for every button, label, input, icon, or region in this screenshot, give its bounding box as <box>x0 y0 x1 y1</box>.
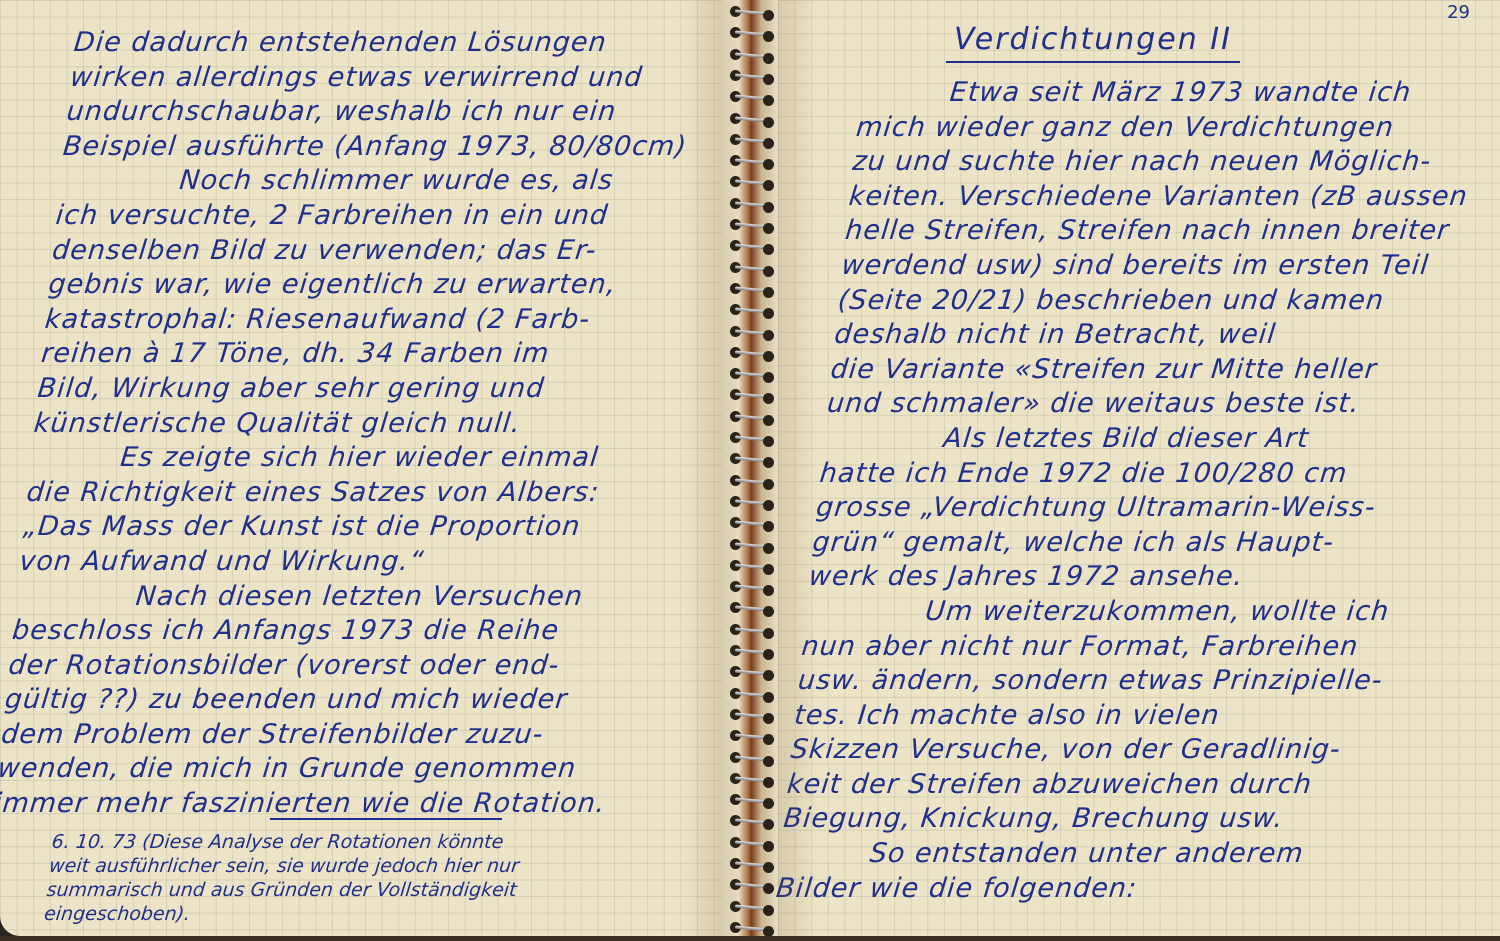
spiral-ring-icon <box>730 645 774 657</box>
text-line: und schmaler» die weitaus beste ist. <box>825 387 1447 422</box>
spiral-ring-icon <box>730 602 774 614</box>
spiral-ring-icon <box>730 794 774 806</box>
text-line: hatte ich Ende 1972 die 100/280 cm <box>818 457 1440 492</box>
spiral-ring-icon <box>730 624 774 636</box>
paragraph-start-line: Etwa seit März 1973 wandte ich <box>858 76 1480 111</box>
spiral-ring-icon <box>730 858 774 870</box>
text-line: katastrophal: Riesenaufwand (2 Farb- <box>43 303 670 338</box>
spiral-ring-icon <box>730 347 774 359</box>
text-line: Biegung, Knickung, Brechung usw. <box>782 802 1404 837</box>
quote-line: von Aufwand und Wirkung.“ <box>18 545 645 580</box>
text-line: reihen à 17 Töne, dh. 34 Farben im <box>39 337 666 372</box>
text-line: (Seite 20/21) beschrieben und kamen <box>836 284 1458 319</box>
paragraph-start-line: So entstanden unter anderem <box>778 837 1400 872</box>
text-line: Die dadurch entstehenden Lösungen <box>72 26 699 61</box>
note-line: eingeschoben). <box>43 902 515 926</box>
paragraph-start-line: Noch schlimmer wurde es, als <box>58 164 685 199</box>
spiral-ring-icon <box>730 453 774 465</box>
text-line: deshalb nicht in Betracht, weil <box>833 318 1455 353</box>
page-title: Verdichtungen II <box>946 22 1240 63</box>
note-line: summarisch und aus Gründen der Vollständ… <box>45 878 517 902</box>
text-line: nun aber nicht nur Format, Farbreihen <box>800 630 1422 665</box>
spiral-ring-icon <box>730 773 774 785</box>
notebook-bottom-edge <box>0 936 1500 941</box>
spiral-ring-icon <box>730 219 774 231</box>
spiral-ring-icon <box>730 837 774 849</box>
text-line: wirken allerdings etwas verwirrend und <box>69 61 696 96</box>
spiral-ring-icon <box>730 517 774 529</box>
spiral-ring-icon <box>730 815 774 827</box>
spiral-ring-icon <box>730 879 774 891</box>
text-line: usw. ändern, sondern etwas Prinzipielle- <box>796 664 1418 699</box>
paragraph-start-line: Als letztes Bild dieser Art <box>822 422 1444 457</box>
text-line: keiten. Verschiedene Varianten (zB ausse… <box>847 180 1469 215</box>
text-line: zu und suchte hier nach neuen Möglich- <box>851 145 1473 180</box>
dated-footnote: 6. 10. 73 (Diese Analyse der Rotationen … <box>43 830 523 926</box>
note-line: 6. 10. 73 (Diese Analyse der Rotationen … <box>51 830 523 854</box>
text-line: werdend usw) sind bereits im ersten Teil <box>840 249 1462 284</box>
spiral-ring-icon <box>730 27 774 39</box>
text-line: die Richtigkeit eines Satzes von Albers: <box>25 476 652 511</box>
spiral-ring-icon <box>730 6 774 18</box>
spiral-binding <box>722 0 778 941</box>
text-line: undurchschaubar, weshalb ich nur ein <box>65 95 692 130</box>
text-line: mich wieder ganz den Verdichtungen <box>854 111 1476 146</box>
paragraph-start-line: Es zeigte sich hier wieder einmal <box>29 441 656 476</box>
text-line: ich versuchte, 2 Farbreihen in ein und <box>54 199 681 234</box>
spiral-ring-icon <box>730 496 774 508</box>
text-line: wenden, die mich in Grunde genommen <box>0 752 623 787</box>
spiral-ring-icon <box>730 539 774 551</box>
spiral-ring-icon <box>730 432 774 444</box>
text-line: grosse „Verdichtung Ultramarin-Weiss- <box>814 491 1436 526</box>
paragraph-start-line: Nach diesen letzten Versuchen <box>14 580 641 615</box>
spiral-ring-icon <box>730 304 774 316</box>
quote-line: „Das Mass der Kunst ist die Proportion <box>21 510 648 545</box>
spiral-ring-icon <box>730 389 774 401</box>
text-line: der Rotationsbilder (vorerst oder end- <box>7 649 634 684</box>
paragraph-start-line: Um weiterzukommen, wollte ich <box>803 595 1425 630</box>
text-line: beschloss ich Anfangs 1973 die Reihe <box>10 614 637 649</box>
spiral-ring-icon <box>730 688 774 700</box>
notebook-spread: Die dadurch entstehenden Lösungen wirken… <box>0 0 1500 941</box>
spiral-ring-icon <box>730 411 774 423</box>
spiral-ring-icon <box>730 326 774 338</box>
text-line: Beispiel ausführte (Anfang 1973, 80/80cm… <box>61 130 688 165</box>
spiral-ring-icon <box>730 752 774 764</box>
spiral-ring-icon <box>730 91 774 103</box>
spiral-ring-icon <box>730 283 774 295</box>
page-number: 29 <box>1447 2 1470 23</box>
text-line: grün“ gemalt, welche ich als Haupt- <box>811 526 1433 561</box>
spiral-ring-icon <box>730 176 774 188</box>
spiral-ring-icon <box>730 49 774 61</box>
spiral-ring-icon <box>730 113 774 125</box>
text-line: dem Problem der Streifenbilder zuzu- <box>0 718 627 753</box>
spiral-ring-icon <box>730 368 774 380</box>
spiral-ring-icon <box>730 922 774 934</box>
text-line: Skizzen Versuche, von der Geradlinig- <box>789 733 1411 768</box>
spiral-ring-icon <box>730 240 774 252</box>
left-page: Die dadurch entstehenden Lösungen wirken… <box>0 0 722 936</box>
right-page: 29 Verdichtungen II Etwa seit März 1973 … <box>778 0 1500 936</box>
spiral-ring-icon <box>730 475 774 487</box>
spiral-ring-icon <box>730 730 774 742</box>
text-line: Bild, Wirkung aber sehr gering und <box>36 372 663 407</box>
text-line: gültig ??) zu beenden und mich wieder <box>3 683 630 718</box>
spiral-ring-icon <box>730 155 774 167</box>
spiral-ring-icon <box>730 70 774 82</box>
spiral-ring-icon <box>730 134 774 146</box>
spiral-ring-icon <box>730 901 774 913</box>
spiral-ring-icon <box>730 560 774 572</box>
text-line: tes. Ich machte also in vielen <box>793 699 1415 734</box>
spiral-ring-icon <box>730 581 774 593</box>
section-divider-rule <box>270 818 502 820</box>
spiral-ring-icon <box>730 198 774 210</box>
text-line: werk des Jahres 1972 ansehe. <box>807 560 1429 595</box>
text-line: künstlerische Qualität gleich null. <box>32 407 659 442</box>
spiral-ring-icon <box>730 262 774 274</box>
text-line: gebnis war, wie eigentlich zu erwarten, <box>47 268 674 303</box>
text-line: denselben Bild zu verwenden; das Er- <box>50 234 677 269</box>
left-page-body: Die dadurch entstehenden Lösungen wirken… <box>0 26 700 822</box>
text-line: keit der Streifen abzuweichen durch <box>785 768 1407 803</box>
spiral-ring-icon <box>730 709 774 721</box>
text-line: helle Streifen, Streifen nach innen brei… <box>843 214 1465 249</box>
note-line: weit ausführlicher sein, sie wurde jedoc… <box>48 854 520 878</box>
text-line: immer mehr faszinierten wie die Rotation… <box>0 787 620 822</box>
text-line: die Variante «Streifen zur Mitte heller <box>829 353 1451 388</box>
right-page-body: Etwa seit März 1973 wandte ich mich wied… <box>774 76 1480 906</box>
spiral-ring-icon <box>730 666 774 678</box>
text-line: Bilder wie die folgenden: <box>774 872 1396 907</box>
